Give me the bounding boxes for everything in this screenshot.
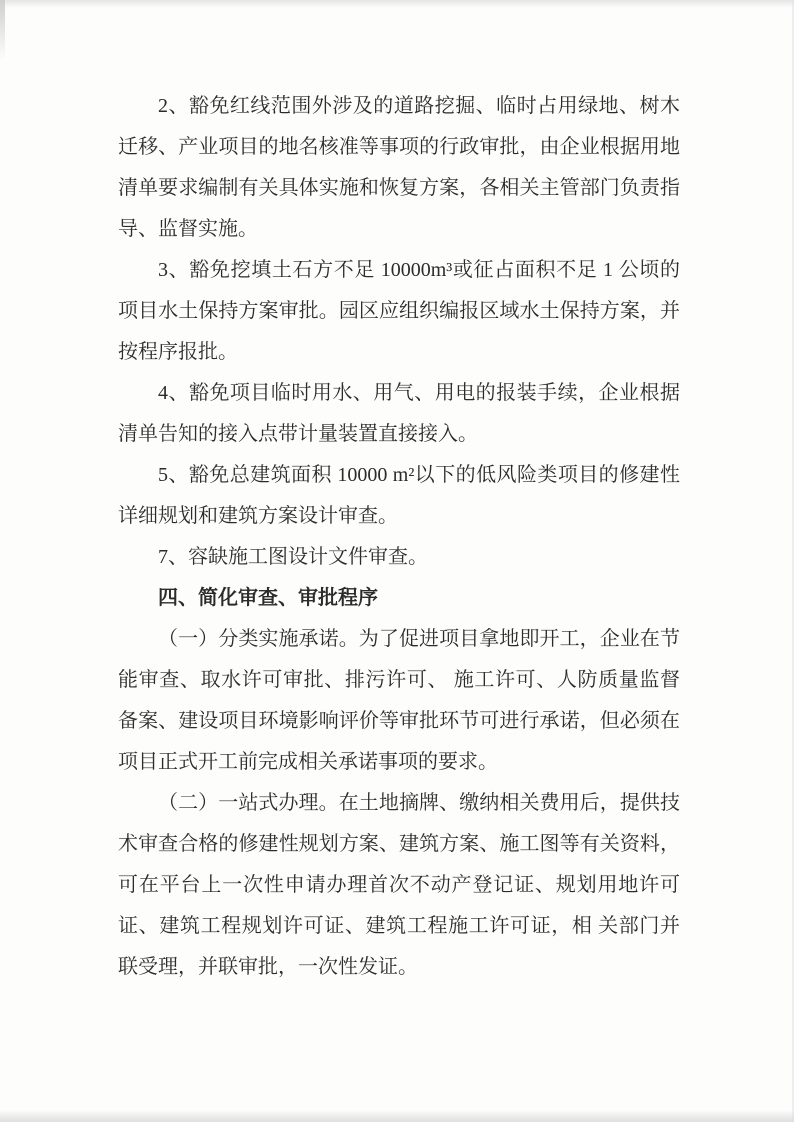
document-body: 2、豁免红线范围外涉及的道路挖掘、临时占用绿地、树木迁移、产业项目的地名核准等事… — [118, 86, 680, 988]
scan-edge-left — [0, 0, 5, 60]
document-page: 2、豁免红线范围外涉及的道路挖掘、临时占用绿地、树木迁移、产业项目的地名核准等事… — [0, 0, 794, 1122]
paragraph-2: 3、豁免挖填土石方不足 10000m³或征占面积不足 1 公顷的项目水土保持方案… — [118, 250, 680, 373]
section-heading: 四、简化审查、审批程序 — [118, 578, 680, 619]
paragraph-1: 2、豁免红线范围外涉及的道路挖掘、临时占用绿地、树木迁移、产业项目的地名核准等事… — [118, 86, 680, 250]
scan-edge-top — [0, 0, 794, 8]
paragraph-8: （二）一站式办理。在土地摘牌、缴纳相关费用后，提供技术审查合格的修建性规划方案、… — [118, 783, 680, 988]
paragraph-5: 7、容缺施工图设计文件审查。 — [118, 537, 680, 578]
paragraph-3: 4、豁免项目临时用水、用气、用电的报装手续，企业根据清单告知的接入点带计量装置直… — [118, 373, 680, 455]
paragraph-4: 5、豁免总建筑面积 10000 m²以下的低风险类项目的修建性详细规划和建筑方案… — [118, 455, 680, 537]
paragraph-7: （一）分类实施承诺。为了促进项目拿地即开工，企业在节能审查、取水许可审批、排污许… — [118, 619, 680, 783]
scan-edge-bottom — [0, 1110, 794, 1122]
